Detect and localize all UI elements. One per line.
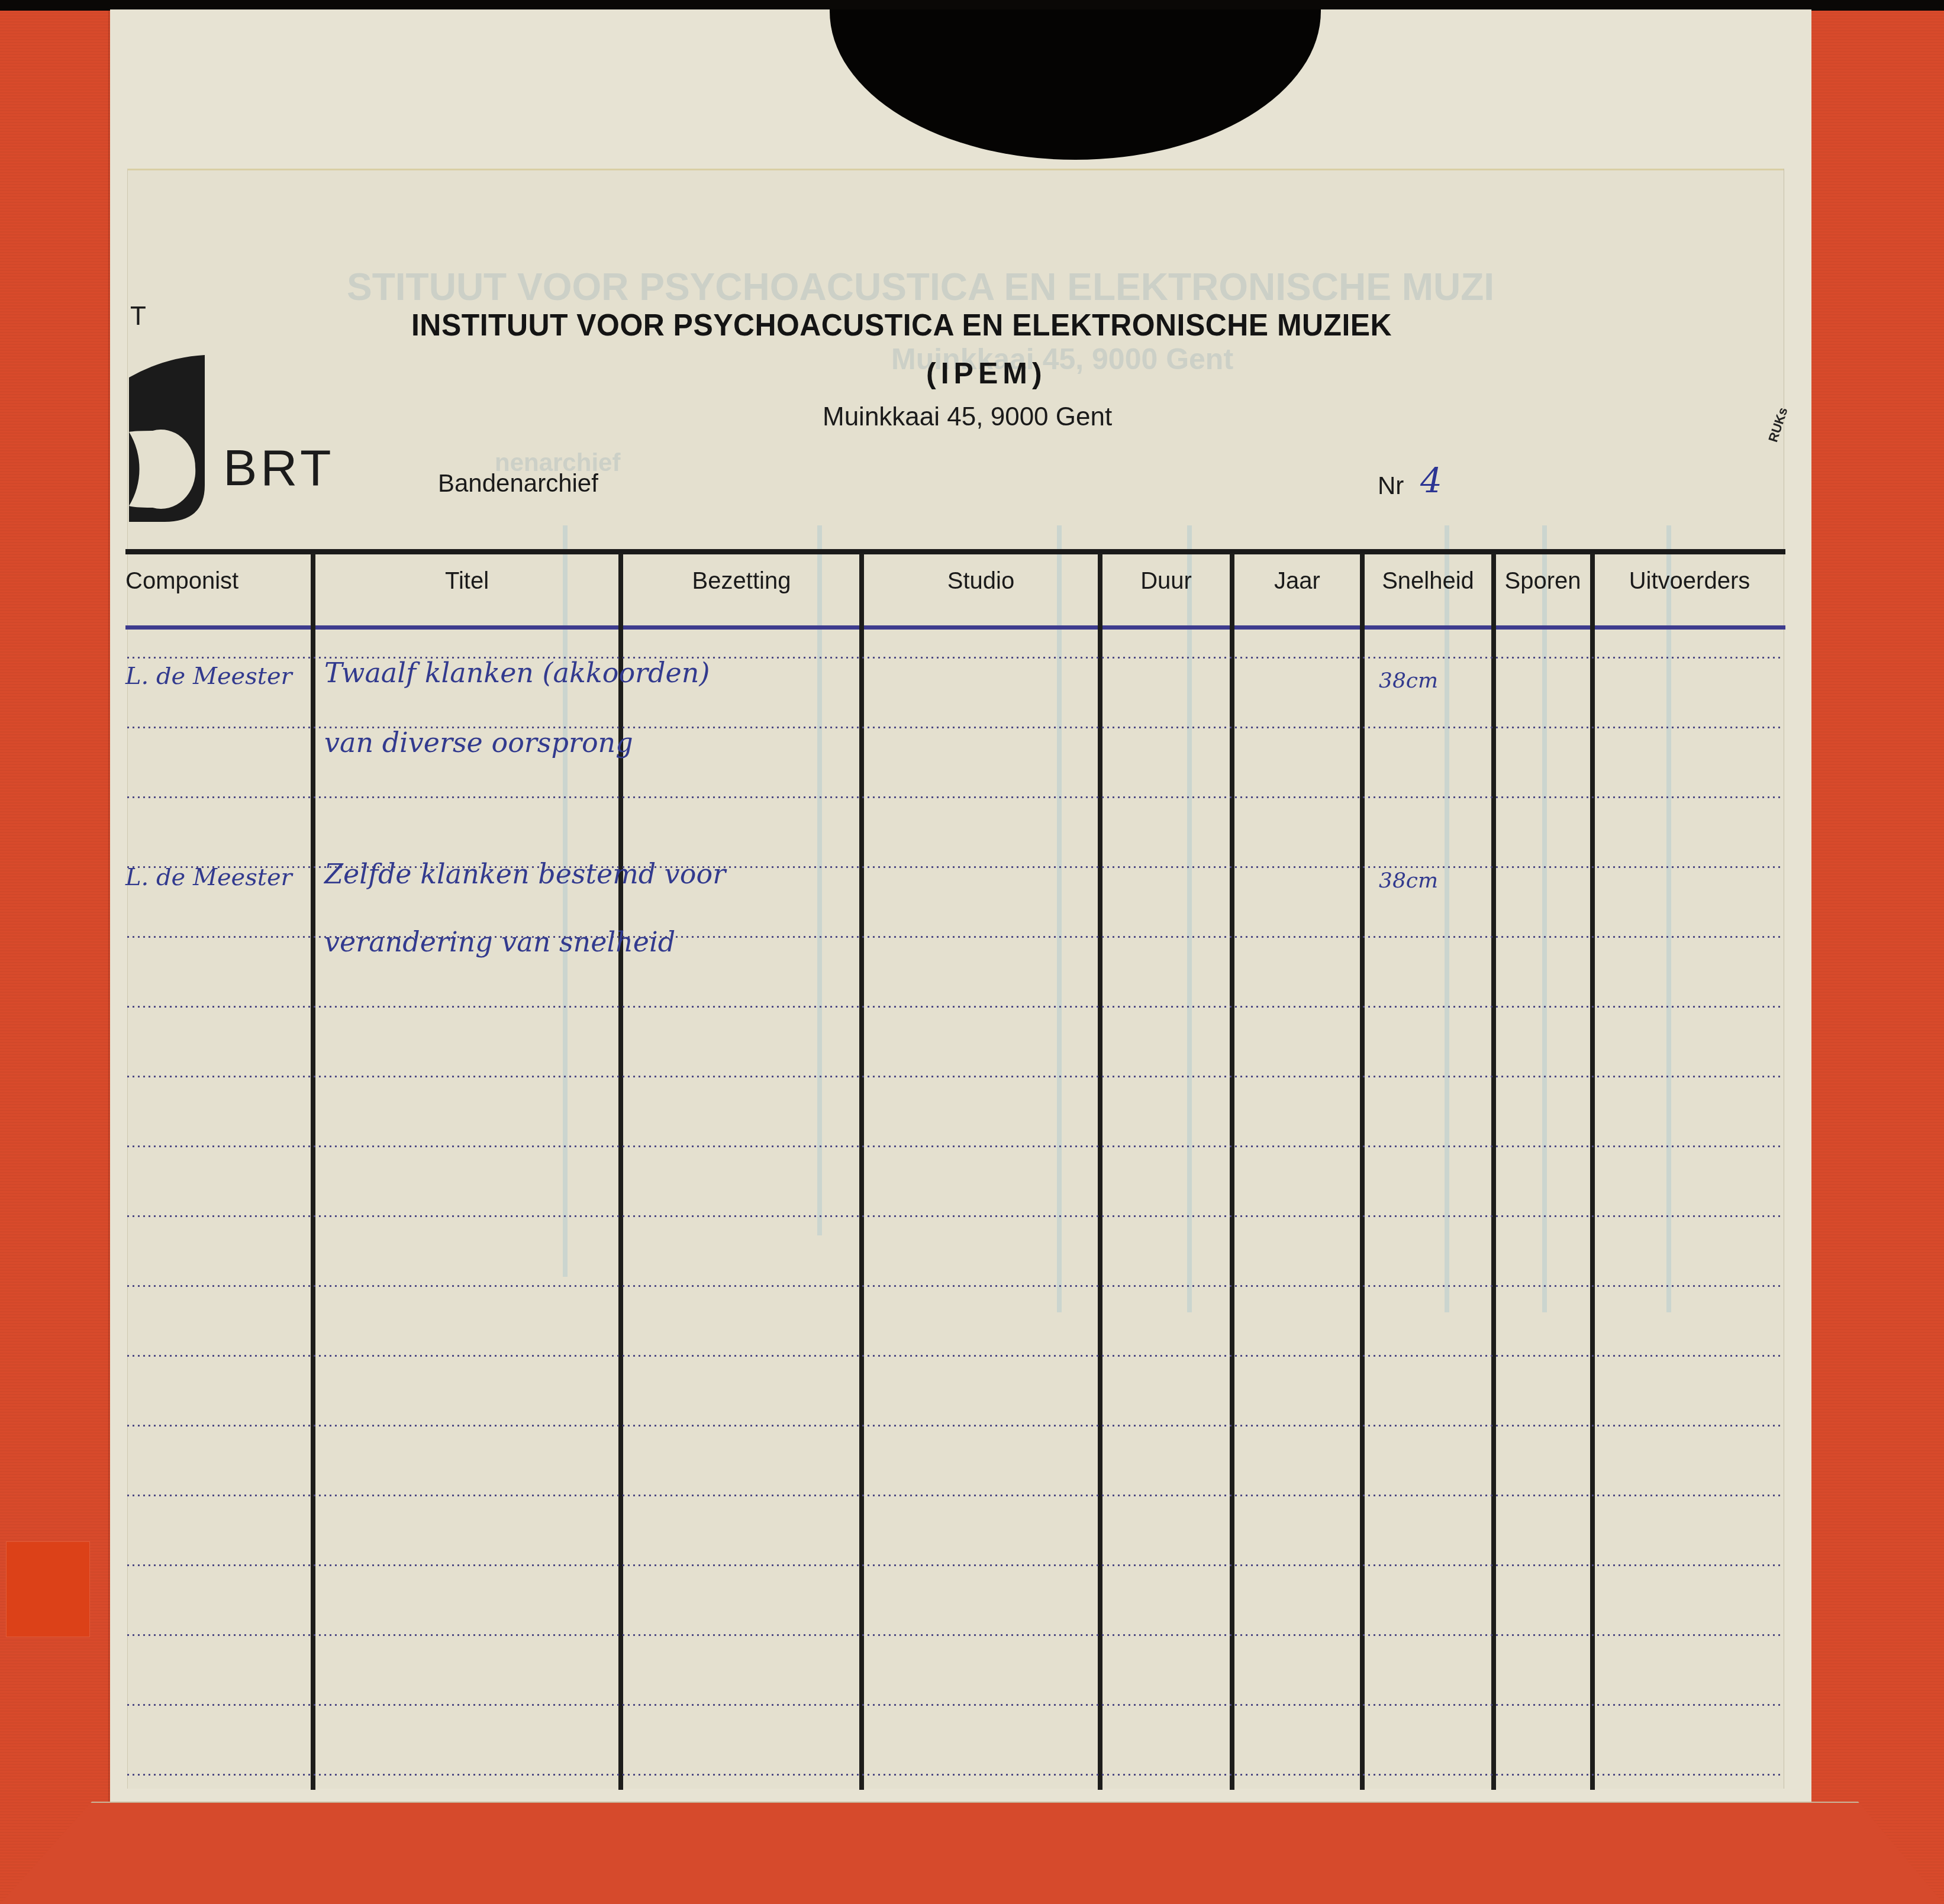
ruled-line [125,1285,1782,1287]
column-header-studio: Studio [864,568,1098,595]
column-divider [1098,553,1102,1790]
ruled-line [125,1215,1782,1217]
ruled-line [125,1006,1782,1008]
reel-thumb-notch [830,9,1321,160]
entry-2-snelheid: 38cm [1379,869,1438,893]
ruled-line [125,1495,1782,1496]
entry-1-titel-line1: Twaalf klanken (akkoorden) [324,657,710,689]
ruled-line [125,1425,1782,1427]
box-bottom-flap [0,1802,1944,1904]
column-divider [311,553,315,1790]
column-divider [1491,553,1496,1790]
entry-1-componist: L. de Meester [125,663,292,690]
column-divider [1360,553,1365,1790]
table-header-rule [125,625,1785,630]
entry-1-snelheid: 38cm [1379,669,1438,693]
number-value: 4 [1420,460,1442,501]
bleed-through-rule [1187,525,1192,1312]
column-header-titel: Titel [315,568,618,595]
bleed-through-rule [817,525,822,1235]
ruled-line [125,1774,1782,1776]
spine-label-tab [6,1541,90,1637]
brt-logo-text: BRT [223,439,334,498]
column-divider [1590,553,1595,1790]
ruled-line [125,1076,1782,1077]
entry-2-titel-line2: verandering van snelheid [324,926,675,958]
institute-title: INSTITUUT VOOR PSYCHOACUSTICA EN ELEKTRO… [411,308,1392,343]
column-header-snelheid: Snelheid [1365,568,1491,595]
column-header-uitvoerders: Uitvoerders [1595,568,1784,595]
bleed-through-rule [1057,525,1062,1312]
bleed-through-rule [1445,525,1449,1312]
column-header-sporen: Sporen [1495,568,1591,595]
brt-logo-icon [129,355,205,522]
column-header-jaar: Jaar [1234,568,1360,595]
archive-label: Bandenarchief [438,469,598,498]
bleed-through-rule [1542,525,1547,1312]
ruled-line [125,1564,1782,1566]
ruled-line [125,1145,1782,1147]
bleed-through-rule [1666,525,1671,1312]
column-header-componist: Componist [125,568,250,595]
corner-letter: T [130,302,146,331]
ruled-line [125,1634,1782,1636]
number-label: Nr [1378,472,1404,500]
ruled-line [125,1355,1782,1357]
ruled-line [125,796,1782,798]
column-divider [859,553,864,1790]
bleed-through-text: STITUUT VOOR PSYCHOACUSTICA EN ELEKTRONI… [347,265,1494,309]
column-divider [1230,553,1234,1790]
institute-address: Muinkkaai 45, 9000 Gent [823,402,1112,432]
bleed-through-rule [563,525,568,1277]
table-top-rule [125,549,1785,554]
institute-acronym: (IPEM) [926,356,1047,391]
entry-2-componist: L. de Meester [125,864,292,891]
column-header-bezetting: Bezetting [623,568,860,595]
column-header-duur: Duur [1102,568,1230,595]
ruled-line [125,1704,1782,1706]
entry-2-titel-line1: Zelfde klanken bestemd voor [324,858,726,890]
entry-1-titel-line2: van diverse oorsprong [324,727,633,759]
